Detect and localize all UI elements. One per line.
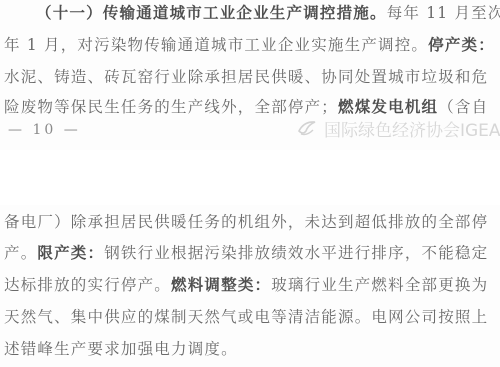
text-segment: 备电厂）除承担居民供暖任务的机组外，未达到超低排放的全部停 [4,213,488,231]
text-segment: 达标排放的实行停产。 [4,276,171,294]
paragraph-line-3: 水泥、铸造、砖瓦窑行业除承担居民供暖、协同处置城市垃圾和危 [4,67,496,87]
category-label-fuel-adjust: 燃料调整类： [171,275,271,294]
paragraph-line-5: 备电厂）除承担居民供暖任务的机组外，未达到超低排放的全部停 [4,212,496,232]
paragraph-line-4: 险废物等保民生任务的生产线外，全部停产；燃煤发电机组（含自 [4,97,496,117]
category-label-shutdown: 停产类： [428,35,495,54]
page-gap [0,150,500,205]
watermark-text: 国际绿色经济协会IGEA [324,116,500,141]
text-segment: 述错峰生产要求加强电力调度。 [4,340,238,358]
text-segment: 钢铁行业根据污染排放绩效水平进行排序，不能稳定 [104,244,488,262]
text-segment: 年 1 月，对污染物传输通道城市工业企业实施生产调控。 [4,36,428,54]
text-segment: 天然气、集中供应的煤制天然气或电等清洁能源。电网公司按照上 [4,308,488,326]
watermark: 国际绿色经济协会IGEA [296,116,500,140]
paragraph-line-6: 产。限产类：钢铁行业根据污染排放绩效水平进行排序，不能稳定 [4,243,496,263]
text-segment: 水泥、铸造、砖瓦窑行业除承担居民供暖、协同处置城市垃圾和危 [4,68,488,86]
text-segment: （含自 [438,98,488,116]
paragraph-line-9: 述错峰生产要求加强电力调度。 [4,339,496,359]
section-heading: （十一）传输通道城市工业企业生产调控措施。 [36,3,387,22]
paragraph-line-2: 年 1 月，对污染物传输通道城市工业企业实施生产调控。停产类： [4,35,496,55]
text-segment: 产。 [4,244,37,262]
category-label-limited: 限产类： [37,243,104,262]
text-segment: 险废物等保民生任务的生产线外，全部停产； [4,98,338,116]
category-label-coal-power: 燃煤发电机组 [338,97,438,116]
text-segment: 每年 11 月至次 [387,4,500,22]
paragraph-line-1: （十一）传输通道城市工业企业生产调控措施。每年 11 月至次 [36,3,500,23]
igea-logo-icon [296,117,318,139]
text-segment: 玻璃行业生产燃料全部更换为 [271,276,488,294]
page-number: — 10 — [8,122,81,138]
paragraph-line-8: 天然气、集中供应的煤制天然气或电等清洁能源。电网公司按照上 [4,307,496,327]
paragraph-line-7: 达标排放的实行停产。燃料调整类：玻璃行业生产燃料全部更换为 [4,275,496,295]
